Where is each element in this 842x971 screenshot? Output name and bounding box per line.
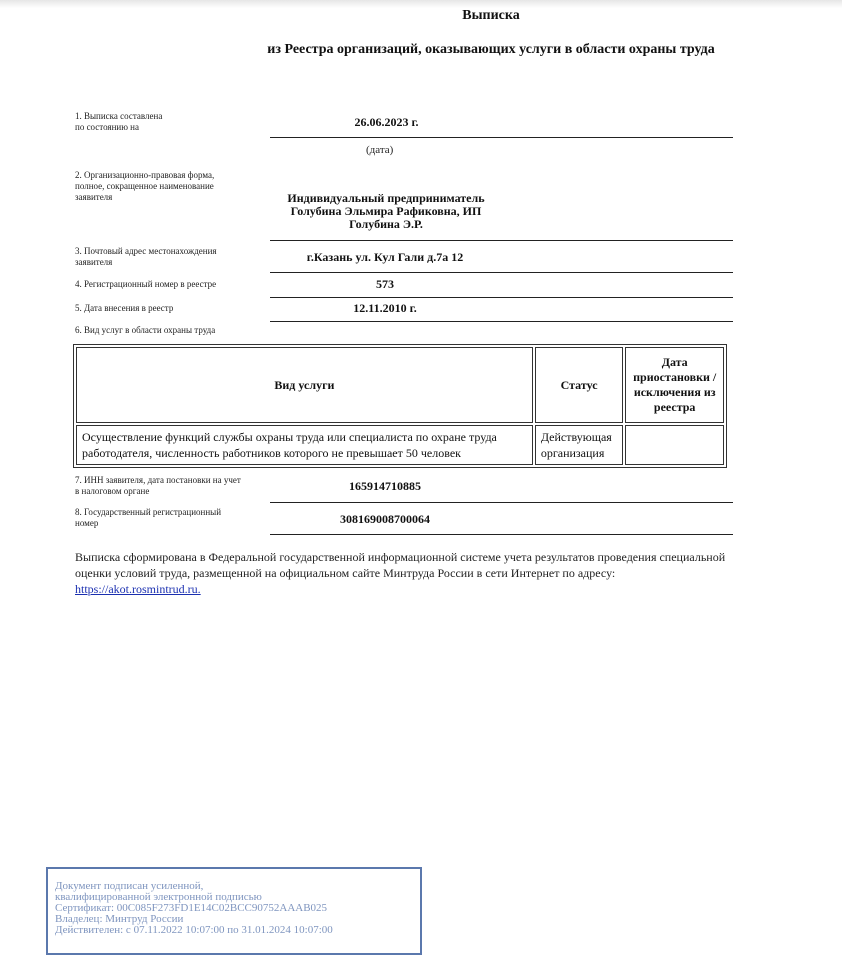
- field-1-date-value: 26.06.2023 г.: [270, 116, 503, 129]
- field-4-label: 4. Регистрационный номер в реестре: [75, 279, 216, 290]
- field-8-ogrn-value: 308169008700064: [270, 513, 500, 526]
- field-3-rule: [270, 272, 733, 273]
- field-1-label-line: 1. Выписка составлена: [75, 111, 162, 122]
- field-6-label: 6. Вид услуг в области охраны труда: [75, 325, 215, 336]
- field-5-entry-date: 12.11.2010 г.: [270, 302, 500, 315]
- field-3-address-value: г.Казань ул. Кул Гали д.7а 12: [270, 251, 500, 264]
- page-top-shadow: [0, 0, 842, 8]
- cell-suspension-date: [625, 425, 724, 465]
- field-2-label-line: заявителя: [75, 192, 214, 203]
- field-4-rule: [270, 297, 733, 298]
- field-2-label-line: полное, сокращенное наименование: [75, 181, 214, 192]
- field-1-label: 1. Выписка составлена по состоянию на: [75, 111, 162, 133]
- footnote-link[interactable]: https://akot.rosmintrud.ru.: [75, 582, 201, 596]
- footnote: Выписка сформирована в Федеральной госуд…: [75, 549, 755, 597]
- field-2-rule: [270, 240, 733, 241]
- field-2-label-line: 2. Организационно-правовая форма,: [75, 170, 214, 181]
- field-7-rule: [270, 502, 733, 503]
- header-service-type: Вид услуги: [76, 347, 533, 423]
- signature-stamp: Документ подписан усиленной, квалифициро…: [46, 867, 422, 955]
- footnote-text: Выписка сформирована в Федеральной госуд…: [75, 550, 725, 580]
- cell-service-type: Осуществление функций службы охраны труд…: [76, 425, 533, 465]
- stamp-validity: Действителен: с 07.11.2022 10:07:00 по 3…: [55, 925, 420, 936]
- field-1-label-line: по состоянию на: [75, 122, 162, 133]
- services-table: Вид услуги Статус Дата приостановки / ис…: [73, 344, 727, 468]
- field-3-label-line: 3. Почтовый адрес местонахождения: [75, 246, 217, 257]
- field-4-registration-number: 573: [270, 278, 500, 291]
- field-8-rule: [270, 534, 733, 535]
- field-7-label: 7. ИНН заявителя, дата постановки на уче…: [75, 475, 241, 497]
- header-status: Статус: [535, 347, 624, 423]
- field-8-label-line: 8. Государственный регистрационный: [75, 507, 221, 518]
- field-3-label-line: заявителя: [75, 257, 217, 268]
- field-7-inn-value: 165914710885: [270, 480, 500, 493]
- field-5-label: 5. Дата внесения в реестр: [75, 303, 173, 314]
- cell-status: Действующая организация: [535, 425, 624, 465]
- field-7-label-line: 7. ИНН заявителя, дата постановки на уче…: [75, 475, 241, 486]
- document-title: Выписка: [0, 8, 842, 24]
- field-8-label-line: номер: [75, 518, 221, 529]
- field-8-label: 8. Государственный регистрационный номер: [75, 507, 221, 529]
- document-subtitle: из Реестра организаций, оказывающих услу…: [250, 42, 732, 58]
- field-7-label-line: в налоговом органе: [75, 486, 241, 497]
- field-2-label: 2. Организационно-правовая форма, полное…: [75, 170, 214, 203]
- field-5-rule: [270, 321, 733, 322]
- header-suspension-date: Дата приостановки / исключения из реестр…: [625, 347, 724, 423]
- field-2-applicant-name: Индивидуальный предприниматель Голубина …: [270, 192, 502, 231]
- services-table-header-row: Вид услуги Статус Дата приостановки / ис…: [76, 347, 724, 423]
- applicant-name-line: Голубина Э.Р.: [270, 218, 502, 231]
- table-row: Осуществление функций службы охраны труд…: [76, 425, 724, 465]
- field-3-label: 3. Почтовый адрес местонахождения заявит…: [75, 246, 217, 268]
- field-1-rule: [270, 137, 733, 138]
- field-1-caption: (дата): [366, 144, 393, 156]
